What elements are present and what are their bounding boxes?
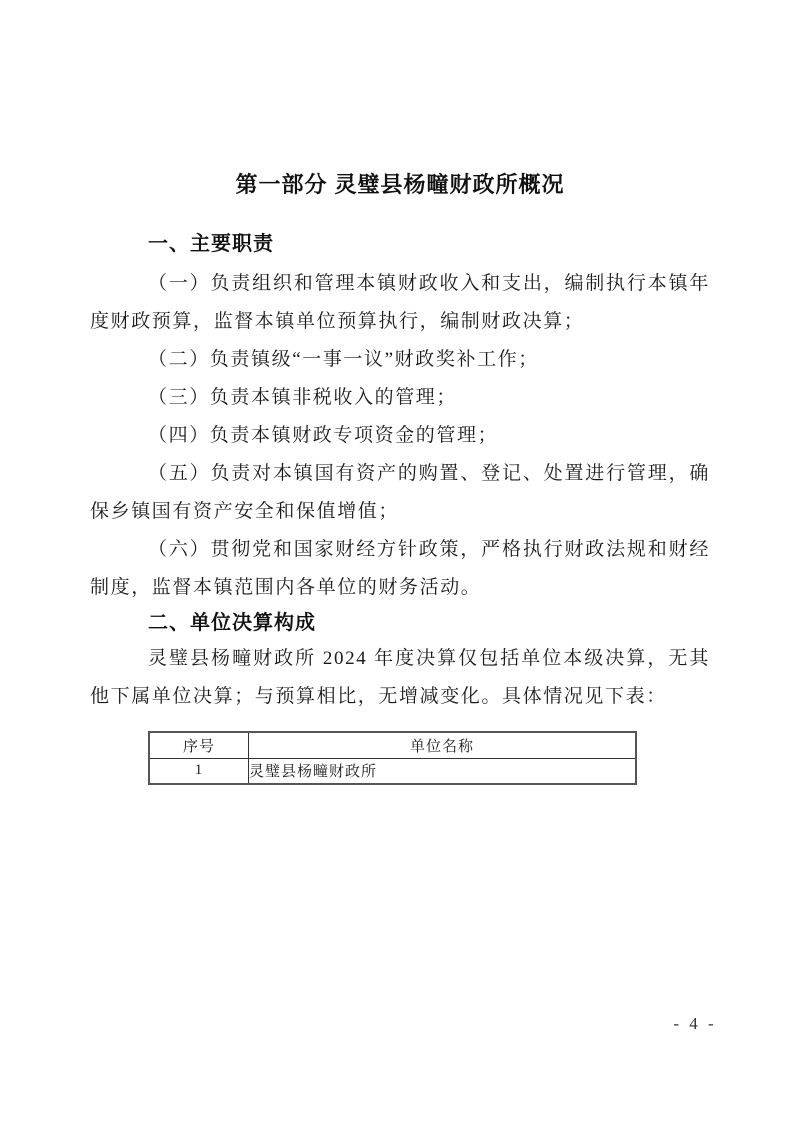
document-content: 第一部分 灵璧县杨疃财政所概况 一、主要职责 （一）负责组织和管理本镇财政收入和… — [90, 0, 710, 785]
paragraph-duty-2: （二）负责镇级“一事一议”财政奖补工作； — [90, 341, 710, 379]
table-cell-unit-name: 灵璧县杨疃财政所 — [249, 758, 637, 784]
document-title: 第一部分 灵璧县杨疃财政所概况 — [90, 170, 710, 200]
paragraph-duty-3: （三）负责本镇非税收入的管理； — [90, 379, 710, 417]
page-number: - 4 - — [640, 1014, 750, 1034]
unit-table: 序号 单位名称 1 灵璧县杨疃财政所 — [148, 731, 637, 785]
document-page: 第一部分 灵璧县杨疃财政所概况 一、主要职责 （一）负责组织和管理本镇财政收入和… — [0, 0, 793, 1122]
table-cell-index: 1 — [149, 758, 249, 784]
paragraph-duty-5: （五）负责对本镇国有资产的购置、登记、处置进行管理，确保乡镇国有资产安全和保值增… — [90, 455, 710, 531]
table-header-row: 序号 单位名称 — [149, 732, 636, 758]
table-header-index: 序号 — [149, 732, 249, 758]
paragraph-duty-6: （六）贯彻党和国家财经方针政策，严格执行财政法规和财经制度，监督本镇范围内各单位… — [90, 531, 710, 607]
paragraph-duty-4: （四）负责本镇财政专项资金的管理； — [90, 417, 710, 455]
section-heading-unit-composition: 二、单位决算构成 — [148, 609, 710, 637]
table-header-unit-name: 单位名称 — [249, 732, 637, 758]
section-heading-main-duties: 一、主要职责 — [148, 229, 710, 259]
table-row: 1 灵璧县杨疃财政所 — [149, 758, 636, 784]
paragraph-duty-1: （一）负责组织和管理本镇财政收入和支出，编制执行本镇年度财政预算，监督本镇单位预… — [90, 265, 710, 341]
paragraph-unit-composition: 灵璧县杨疃财政所 2024 年度决算仅包括单位本级决算，无其他下属单位决算；与预… — [90, 640, 710, 716]
